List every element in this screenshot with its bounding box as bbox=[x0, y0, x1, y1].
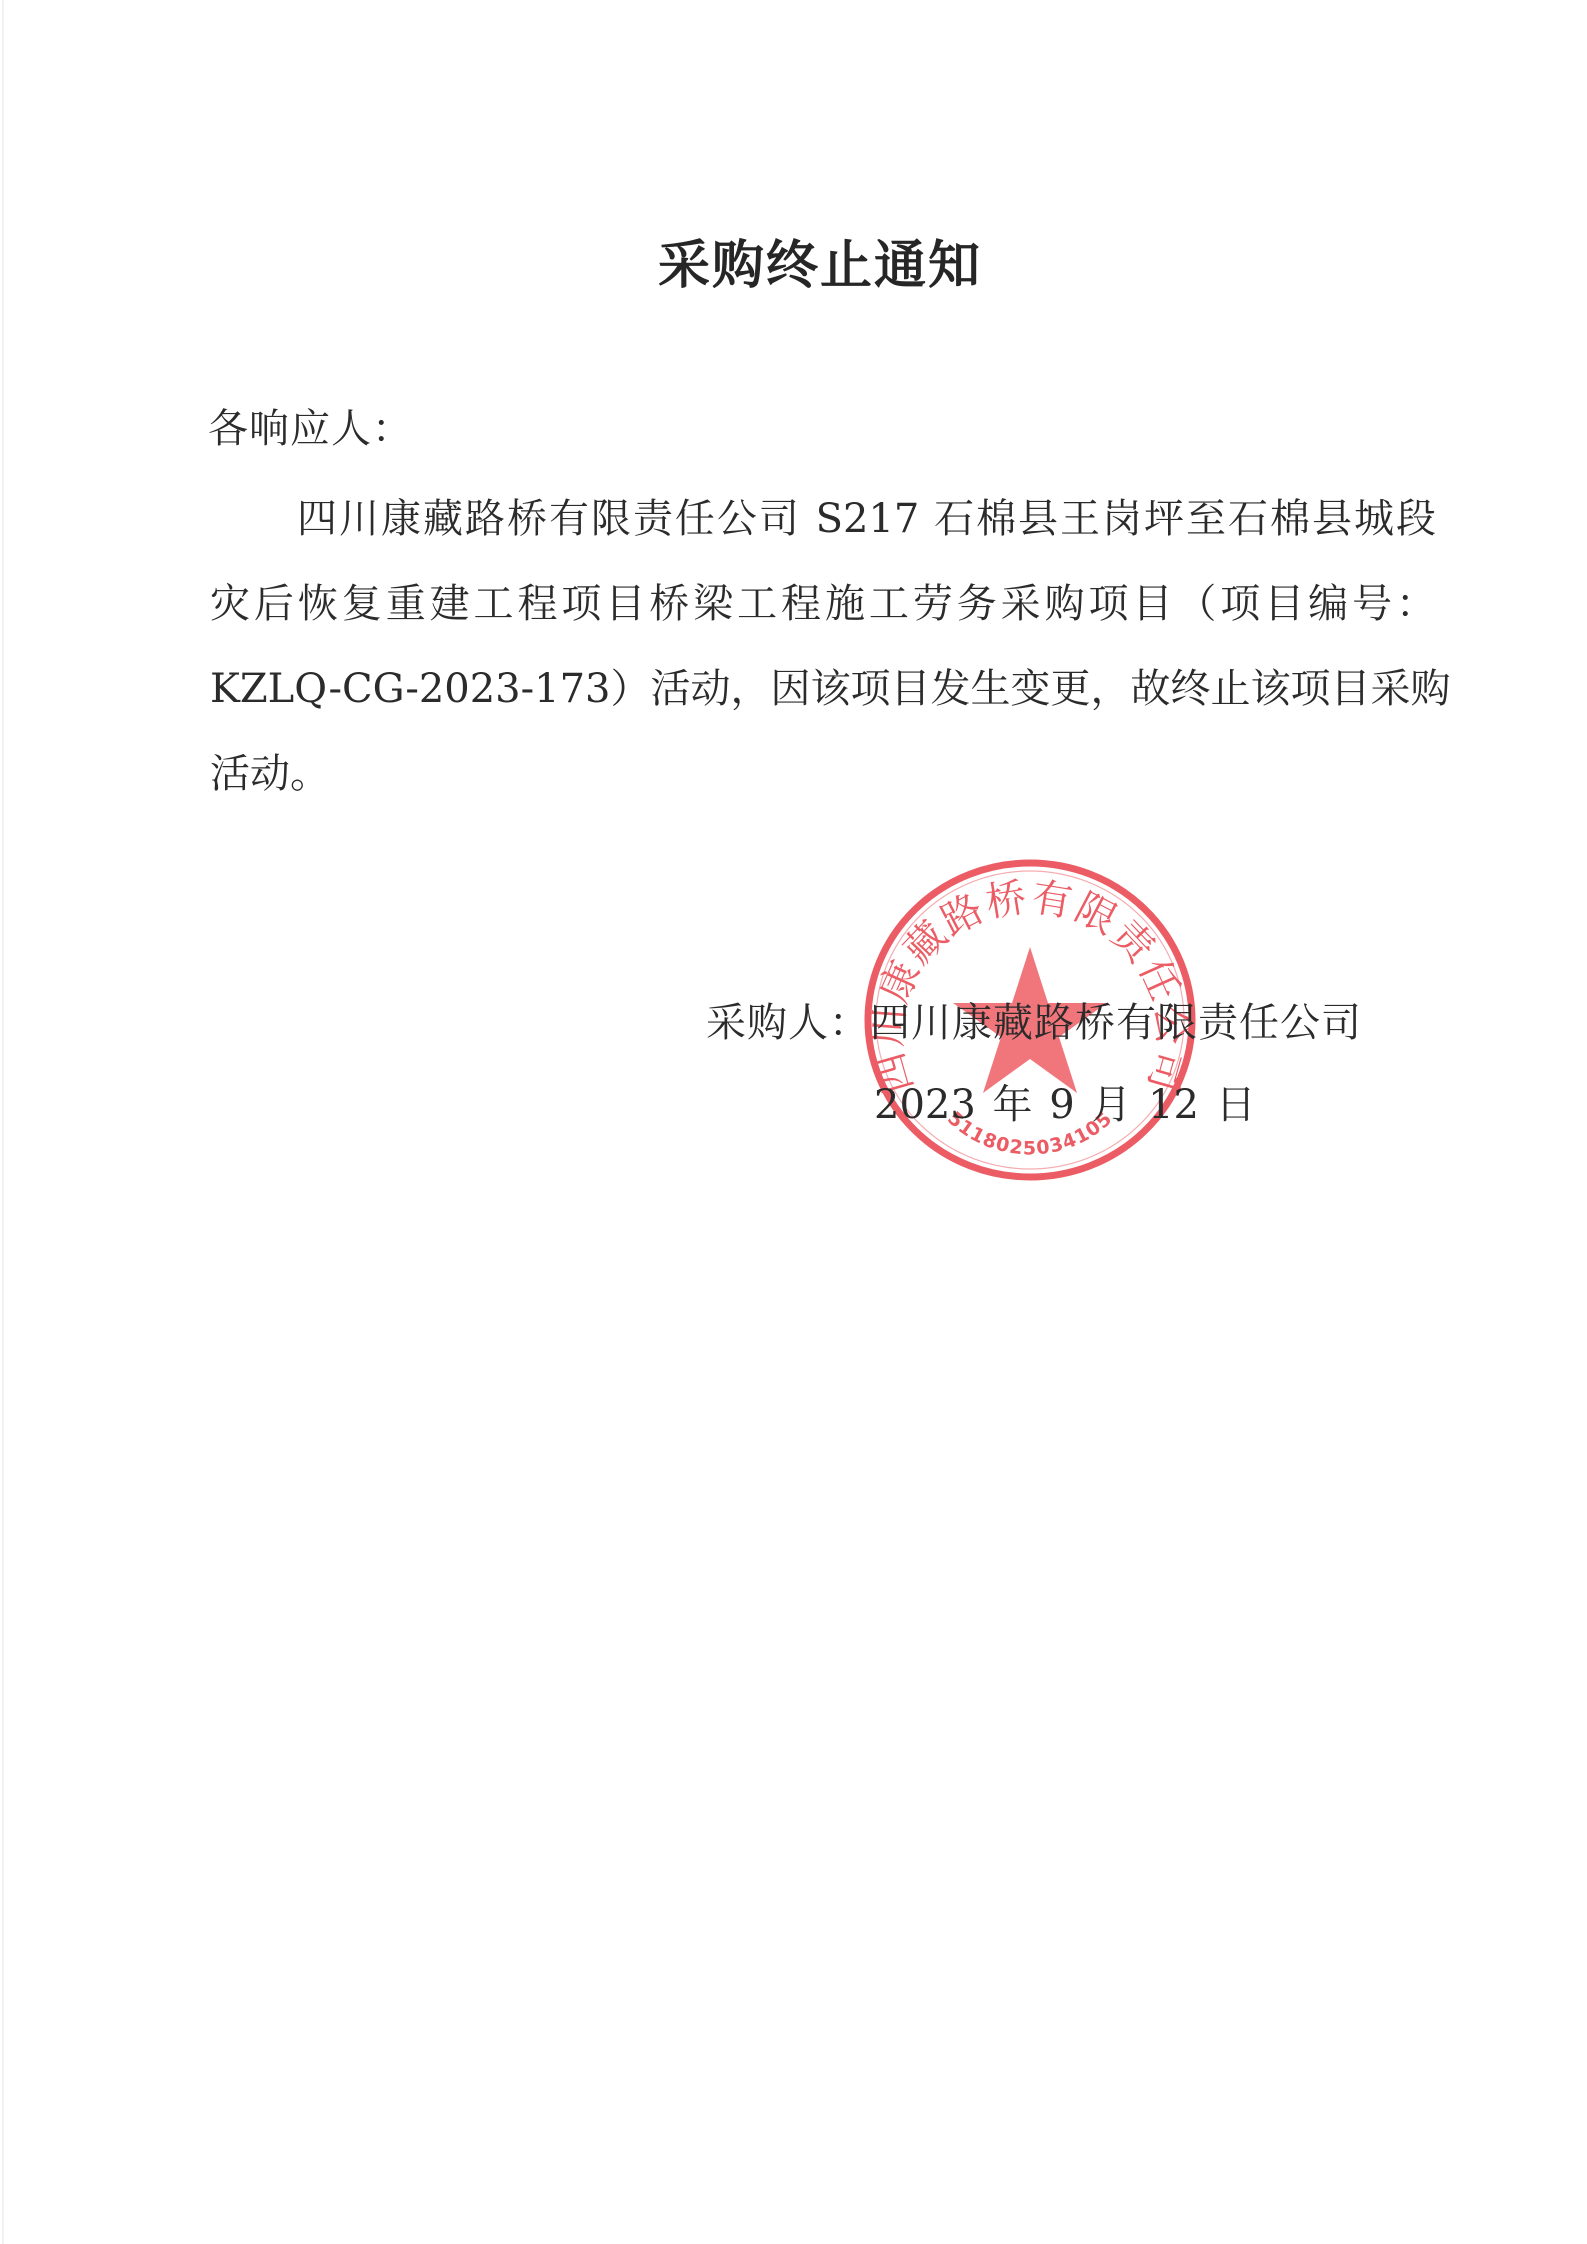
signature-label: 采购人： bbox=[706, 1000, 870, 1046]
signature-line: 采购人：四川康藏路桥有限责任公司 bbox=[706, 998, 1362, 1048]
scan-edge-artifact bbox=[2, 0, 4, 2244]
body-line-2: 灾后恢复重建工程项目桥梁工程施工劳务采购项目（项目编号： bbox=[210, 579, 1436, 629]
body-line-4: 活动。 bbox=[210, 749, 1436, 799]
body-line-1: 四川康藏路桥有限责任公司 S217 石棉县王岗坪至石棉县城段 bbox=[297, 494, 1436, 544]
body-line-3: KZLQ-CG-2023-173）活动，因该项目发生变更，故终止该项目采购 bbox=[210, 664, 1436, 714]
document-page: 采购终止通知 各响应人： 四川康藏路桥有限责任公司 S217 石棉县王岗坪至石棉… bbox=[0, 0, 1587, 2244]
signature-date: 2023 年 9 月 12 日 bbox=[874, 1080, 1256, 1130]
signature-company: 四川康藏路桥有限责任公司 bbox=[870, 1000, 1362, 1046]
page-title: 采购终止通知 bbox=[0, 236, 1587, 296]
salutation: 各响应人： bbox=[208, 404, 413, 454]
